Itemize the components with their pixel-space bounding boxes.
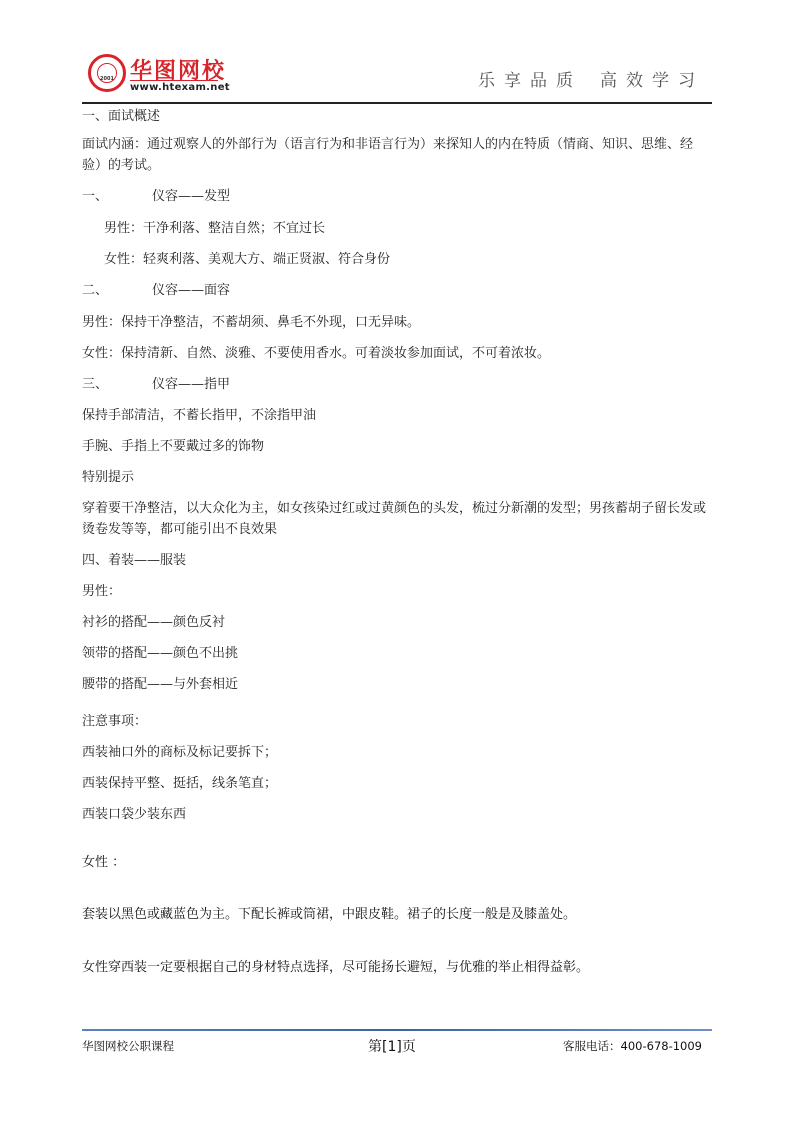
item1-female: 女性：轻爽利落、美观大方、端正贤淑、符合身份	[104, 249, 390, 270]
note3: 西装口袋少装东西	[82, 804, 186, 825]
male-label: 男性：	[82, 581, 121, 602]
female-line2: 女性穿西装一定要根据自己的身材特点选择，尽可能扬长避短，与优雅的举止相得益彰。	[82, 957, 589, 978]
female-line1: 套装以黑色或藏蓝色为主。下配长裤或筒裙，中跟皮鞋。裙子的长度一般是及膝盖处。	[82, 904, 576, 925]
item3-title: 仪容——指甲	[152, 377, 230, 392]
item2-title: 仪容——面容	[152, 283, 230, 298]
female-label: 女性 ：	[82, 852, 125, 873]
notes-title: 注意事项：	[82, 711, 147, 732]
item3-line2: 手腕、手指上不要戴过多的饰物	[82, 436, 264, 457]
male-line2: 领带的搭配——颜色不出挑	[82, 643, 238, 664]
page-footer: 华图网校公职课程 第[1]页 客服电话：400-678-1009	[82, 1036, 712, 1056]
service-phone: 客服电话：400-678-1009	[563, 1038, 702, 1054]
item3-heading: 三、仪容——指甲	[82, 374, 230, 395]
item2-num: 二、	[82, 283, 108, 298]
section1-text: 面试内涵：通过观察人的外部行为（语言行为和非语言行为）来探知人的内在特质（情商、…	[82, 134, 712, 176]
item2-heading: 二、仪容——面容	[82, 280, 230, 301]
item1-male: 男性：干净利落、整洁自然；不宜过长	[104, 218, 325, 239]
item3-line1: 保持手部清洁，不蓄长指甲，不涂指甲油	[82, 405, 316, 426]
note2: 西装保持平整、挺括，线条笔直；	[82, 773, 277, 794]
male-line3: 腰带的搭配——与外套相近	[82, 674, 238, 695]
note1: 西装袖口外的商标及标记要拆下；	[82, 742, 277, 763]
item1-title: 仪容——发型	[152, 189, 230, 204]
section1-title: 一、面试概述	[82, 106, 160, 127]
slogan: 乐享品质高效学习	[478, 66, 704, 91]
item3-num: 三、	[82, 377, 108, 392]
logo: 2001 华图网校 www.htexam.net	[84, 52, 304, 98]
footer-divider	[82, 1029, 712, 1031]
logo-emblem-icon: 2001	[88, 54, 126, 92]
header-divider	[82, 102, 712, 104]
male-line1: 衬衫的搭配——颜色反衬	[82, 612, 225, 633]
item1-num: 一、	[82, 189, 108, 204]
slogan-part1: 乐享品质	[478, 71, 582, 91]
tip-text: 穿着要干净整洁，以大众化为主，如女孩染过红或过黄颜色的头发，梳过分新潮的发型；男…	[82, 498, 712, 540]
slogan-part2: 高效学习	[600, 71, 704, 91]
tip-title: 特别提示	[82, 467, 134, 488]
page-header: 2001 华图网校 www.htexam.net 乐享品质高效学习	[82, 50, 712, 102]
logo-divider	[130, 80, 218, 81]
item2-female: 女性：保持清新、自然、淡雅、不要使用香水。可着淡妆参加面试，不可着浓妆。	[82, 343, 550, 364]
section4-title: 四、着装——服装	[82, 550, 186, 571]
item2-male: 男性：保持干净整洁，不蓄胡须、鼻毛不外现，口无异味。	[82, 312, 420, 333]
logo-url: www.htexam.net	[130, 82, 230, 93]
footer-course: 华图网校公职课程	[82, 1038, 174, 1054]
emblem-year: 2001	[91, 76, 123, 82]
page-number: 第[1]页	[368, 1036, 416, 1056]
item1-heading: 一、仪容——发型	[82, 186, 230, 207]
